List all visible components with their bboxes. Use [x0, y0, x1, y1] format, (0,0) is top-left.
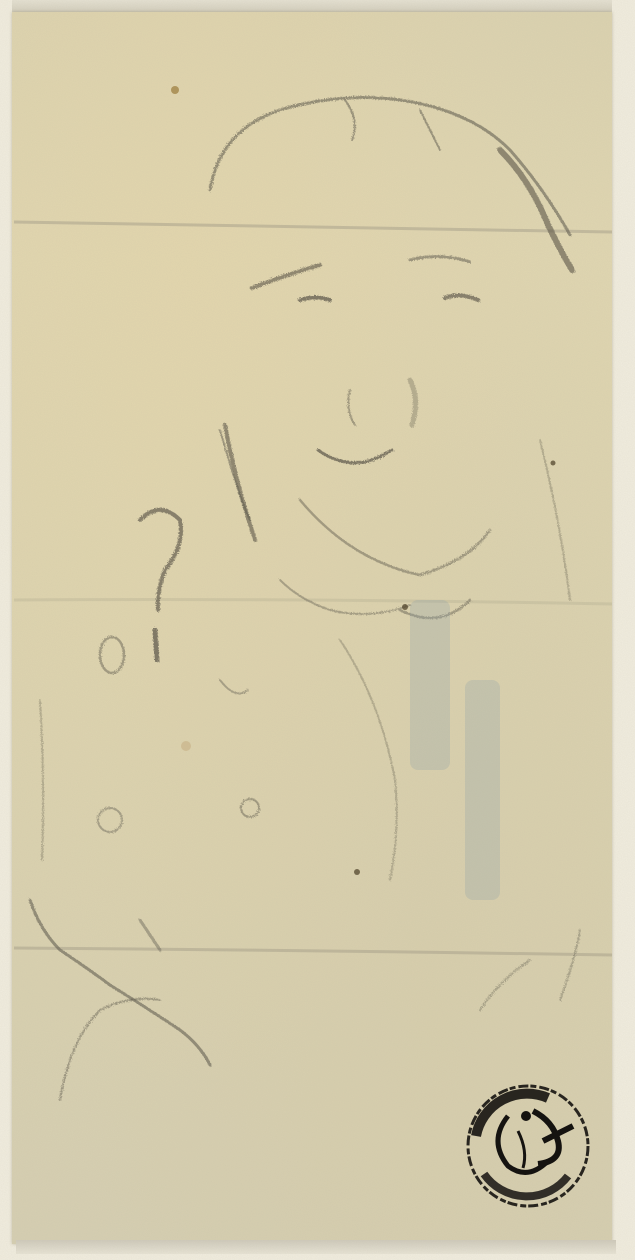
pencil-sketch: [0, 0, 635, 1260]
paper-grain: [12, 12, 612, 1244]
